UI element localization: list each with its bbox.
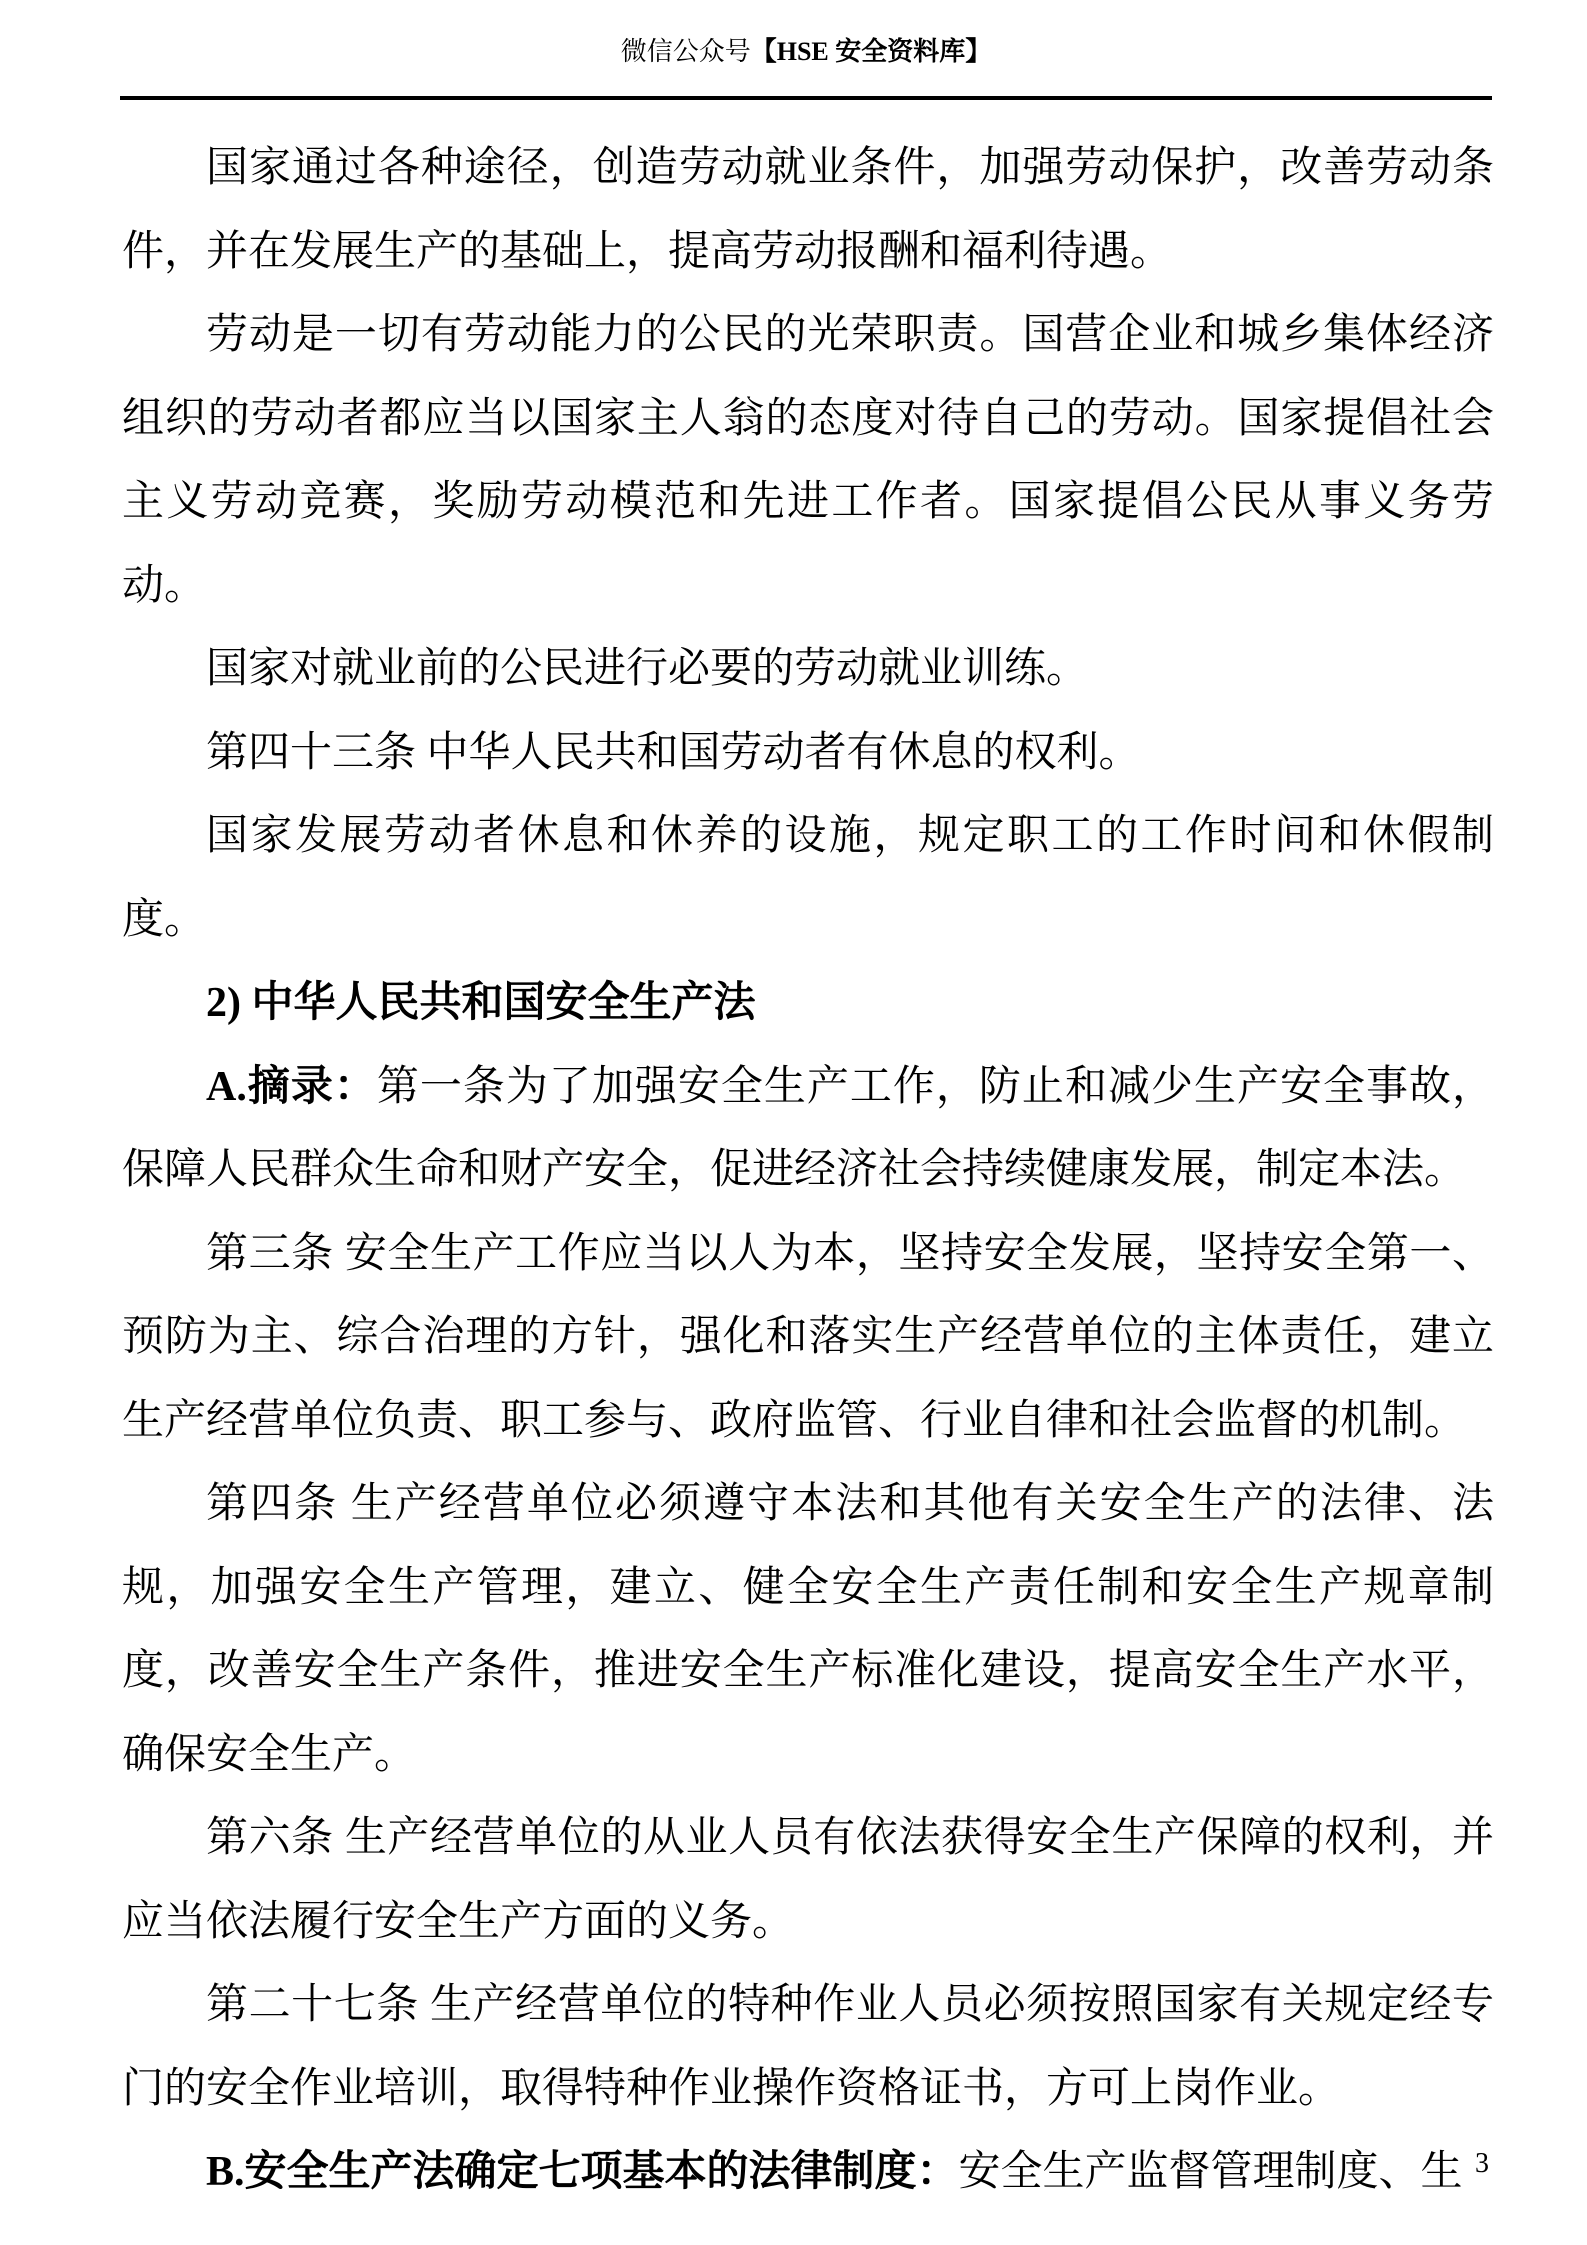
paragraph-article-27: 第二十七条 生产经营单位的特种作业人员必须按照国家有关规定经专门的安全作业培训，… <box>122 1964 1494 2131</box>
page-footer: 3 <box>1475 2144 1489 2184</box>
paragraph-bold-prefix-b: B.安全生产法确定七项基本的法律制度： <box>206 2149 959 2195</box>
header-title-prefix: 微信公众号 <box>621 37 751 66</box>
paragraph-seven-legal-systems: B.安全生产法确定七项基本的法律制度：安全生产监督管理制度、生 <box>122 2131 1494 2215</box>
paragraph-labor-duty: 劳动是一切有劳动能力的公民的光荣职责。国营企业和城乡集体经济组织的劳动者都应当以… <box>122 294 1494 628</box>
page-header: 微信公众号【HSE 安全资料库】 <box>120 34 1492 100</box>
paragraph-bold-prefix-a: A.摘录： <box>206 1064 377 1110</box>
paragraph-article-4: 第四条 生产经营单位必须遵守本法和其他有关安全生产的法律、法规，加强安全生产管理… <box>122 1463 1494 1797</box>
header-title-bracket: 【HSE 安全资料库】 <box>751 37 992 66</box>
paragraph-article-3: 第三条 安全生产工作应当以人为本，坚持安全发展，坚持安全第一、预防为主、综合治理… <box>122 1213 1494 1464</box>
paragraph-labor-conditions: 国家通过各种途径，创造劳动就业条件，加强劳动保护，改善劳动条件，并在发展生产的基… <box>122 127 1494 294</box>
page-number: 3 <box>1475 2148 1489 2179</box>
paragraph-employment-training: 国家对就业前的公民进行必要的劳动就业训练。 <box>122 628 1494 712</box>
paragraph-rest-facilities: 国家发展劳动者休息和休养的设施，规定职工的工作时间和休假制度。 <box>122 795 1494 962</box>
heading-safety-production-law: 2) 中华人民共和国安全生产法 <box>122 962 1494 1046</box>
paragraph-article-43: 第四十三条 中华人民共和国劳动者有休息的权利。 <box>122 712 1494 796</box>
document-body: 国家通过各种途径，创造劳动就业条件，加强劳动保护，改善劳动条件，并在发展生产的基… <box>122 127 1494 2215</box>
document-page: 微信公众号【HSE 安全资料库】 国家通过各种途径，创造劳动就业条件，加强劳动保… <box>0 0 1587 2245</box>
paragraph-excerpt-article-1: A.摘录：第一条为了加强安全生产工作，防止和减少生产安全事故，保障人民群众生命和… <box>122 1046 1494 1213</box>
paragraph-article-6: 第六条 生产经营单位的从业人员有依法获得安全生产保障的权利，并应当依法履行安全生… <box>122 1797 1494 1964</box>
